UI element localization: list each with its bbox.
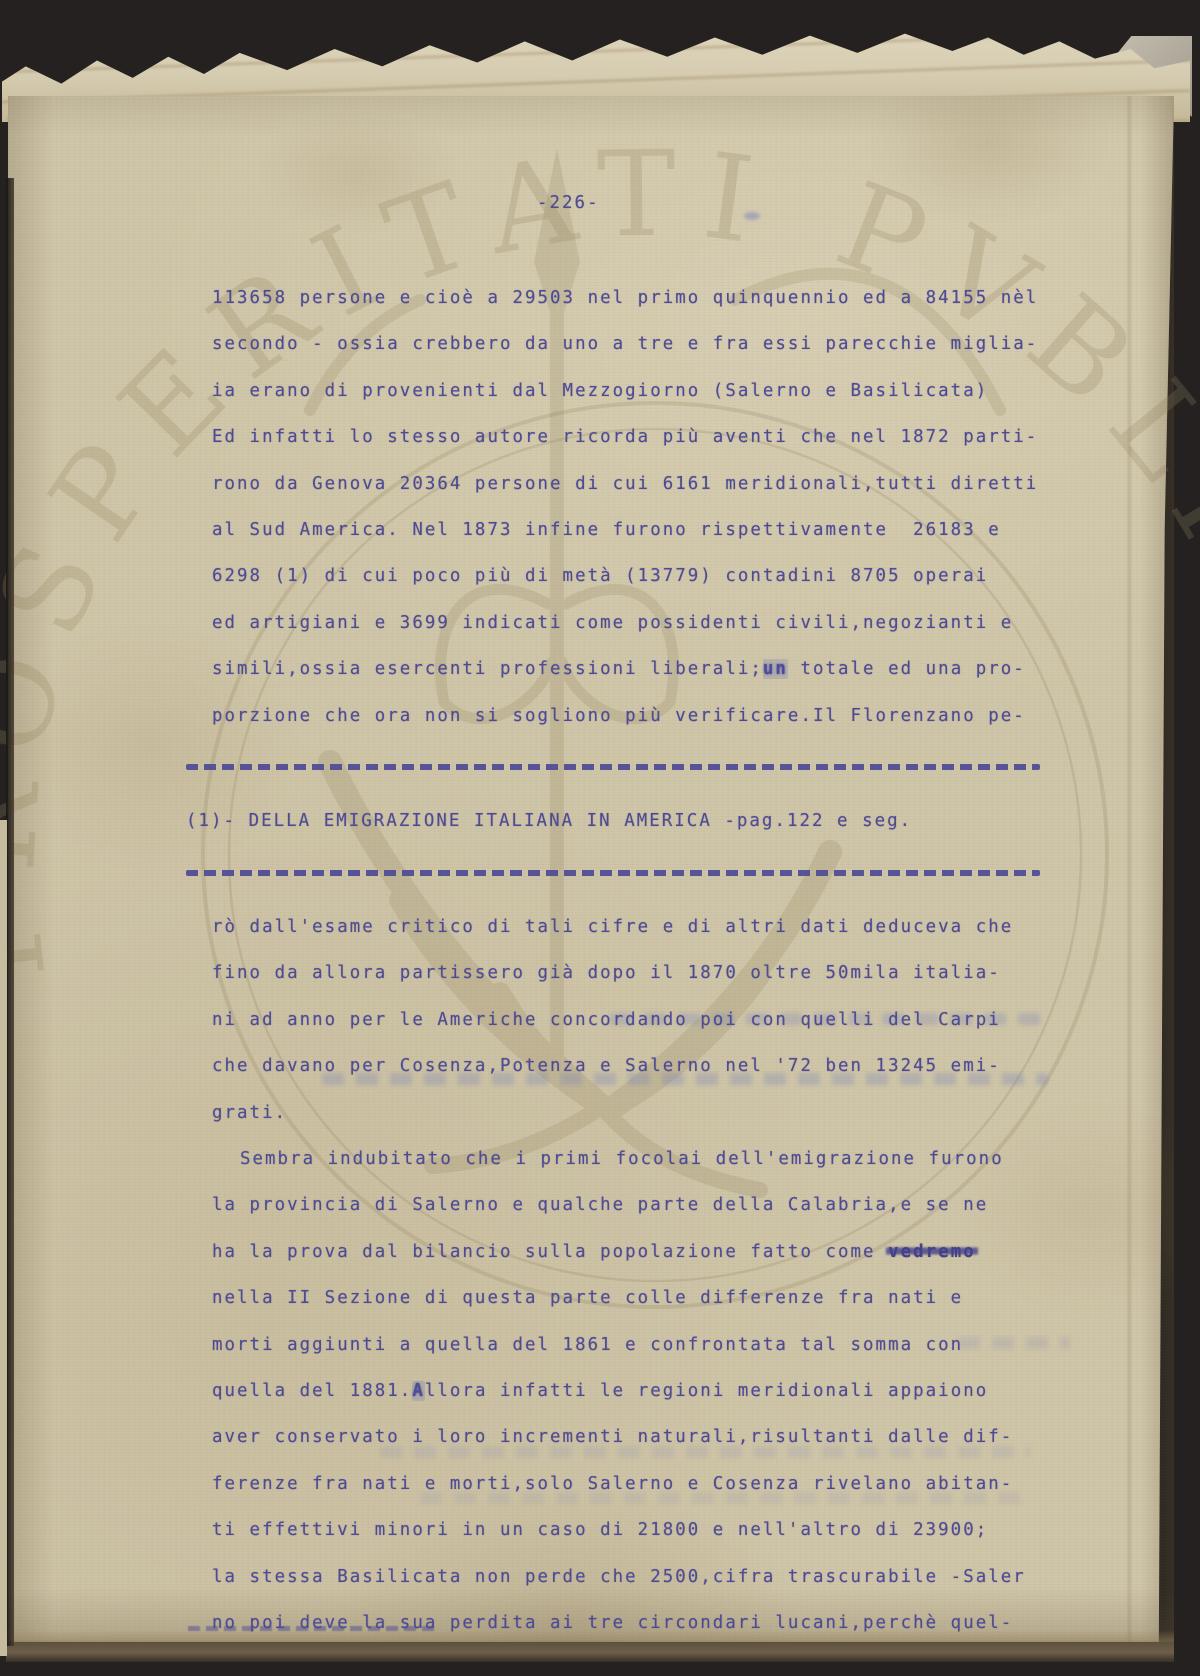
typed-line: Sembra indubitato che i primi focolai de…: [186, 1148, 1066, 1194]
typed-text: secondo - ossia crebbero da uno a tre e …: [212, 334, 1038, 354]
typed-line: la stessa Basilicata non perde che 2500,…: [186, 1566, 1066, 1612]
typed-text: ia erano di provenienti dal Mezzogiorno …: [212, 381, 988, 401]
typed-text: ed artigiani e 3699 indicati come possid…: [212, 613, 1013, 633]
typed-text: ha la prova dal bilancio sulla popolazio…: [212, 1242, 888, 1262]
typed-line: al Sud America. Nel 1873 infine furono r…: [186, 519, 1066, 565]
typed-line: la provincia di Salerno e qualche parte …: [186, 1194, 1066, 1240]
typed-text: 6298 (1) di cui poco più di metà (13779)…: [212, 566, 988, 586]
typed-text: 113658 persone e cioè a 29503 nel primo …: [212, 288, 1038, 308]
bottom-page-edge: [6, 1630, 1174, 1662]
typed-line: ia erano di provenienti dal Mezzogiorno …: [186, 380, 1066, 426]
typed-line: 6298 (1) di cui poco più di metà (13779)…: [186, 565, 1066, 611]
typed-text: (1)- DELLA EMIGRAZIONE ITALIANA IN AMERI…: [186, 811, 912, 831]
typed-text: Sembra indubitato che i primi focolai de…: [240, 1149, 1004, 1169]
typed-line: ti effettivi minori in un caso di 21800 …: [186, 1519, 1066, 1565]
typed-text: al Sud America. Nel 1873 infine furono r…: [212, 520, 1001, 540]
typed-text: aver conservato i loro incrementi natura…: [212, 1427, 1013, 1447]
typed-text: simili,ossia esercenti professioni liber…: [212, 659, 763, 679]
typed-line: morti aggiunti a quella del 1861 e confr…: [186, 1334, 1066, 1380]
typed-text: Ed infatti lo stesso autore ricorda più …: [212, 427, 1038, 447]
typed-line: ha la prova dal bilancio sulla popolazio…: [186, 1241, 1066, 1287]
typed-text: la provincia di Salerno e qualche parte …: [212, 1195, 988, 1215]
typed-text: quella del 1881.: [212, 1381, 412, 1401]
typed-line: porzione che ora non si sogliono più ver…: [186, 705, 1066, 751]
typed-line: ed artigiani e 3699 indicati come possid…: [186, 612, 1066, 658]
footnote-line: (1)- DELLA EMIGRAZIONE ITALIANA IN AMERI…: [186, 810, 1066, 856]
typed-text: porzione che ora non si sogliono più ver…: [212, 706, 1026, 726]
typed-text: totale ed una pro-: [788, 659, 1026, 679]
typed-dashed-rule: [186, 764, 1040, 770]
typed-text: ferenze fra nati e morti,solo Salerno e …: [212, 1474, 1013, 1494]
typed-text: che davano per Cosenza,Potenza e Salerno…: [212, 1056, 1001, 1076]
typed-text: fino da allora partissero già dopo il 18…: [212, 963, 1001, 983]
page-scan: PROSPERITATI PVBLICAE -226- 113658 perso…: [0, 0, 1200, 1676]
typed-line: rò dall'esame critico di tali cifre e di…: [186, 916, 1066, 962]
typed-text: ni ad anno per le Americhe concordando p…: [212, 1010, 1001, 1030]
typed-text: llora infatti le regioni meridionali app…: [425, 1381, 988, 1401]
typed-text: nella II Sezione di questa parte colle d…: [212, 1288, 963, 1308]
typed-text: rò dall'esame critico di tali cifre e di…: [212, 917, 1013, 937]
typed-line: Ed infatti lo stesso autore ricorda più …: [186, 426, 1066, 472]
page-number: -226-: [537, 193, 600, 213]
typed-line: che davano per Cosenza,Potenza e Salerno…: [186, 1055, 1066, 1101]
separator-line: [186, 764, 1066, 810]
typed-text: grati.: [212, 1103, 287, 1123]
struck-word: vedremo: [888, 1242, 976, 1262]
typed-line: ni ad anno per le Americhe concordando p…: [186, 1009, 1066, 1055]
separator-line: [186, 870, 1066, 916]
ink-smudge: [744, 212, 760, 220]
typed-line: secondo - ossia crebbero da uno a tre e …: [186, 333, 1066, 379]
typed-line: nella II Sezione di questa parte colle d…: [186, 1287, 1066, 1333]
typed-text: la stessa Basilicata non perde che 2500,…: [212, 1567, 1026, 1587]
overstruck-text: A: [412, 1381, 425, 1401]
book-gutter: [6, 178, 14, 1646]
typed-text: morti aggiunti a quella del 1861 e confr…: [212, 1335, 963, 1355]
typed-text: ti effettivi minori in un caso di 21800 …: [212, 1520, 988, 1540]
typed-text: rono da Genova 20364 persone di cui 6161…: [212, 474, 1038, 494]
typed-line: grati.: [186, 1102, 1066, 1148]
typed-line: rono da Genova 20364 persone di cui 6161…: [186, 473, 1066, 519]
typed-line: fino da allora partissero già dopo il 18…: [186, 962, 1066, 1008]
typed-line: ferenze fra nati e morti,solo Salerno e …: [186, 1473, 1066, 1519]
typed-dashed-rule: [186, 870, 1040, 876]
typed-line: 113658 persone e cioè a 29503 nel primo …: [186, 287, 1066, 333]
underlying-page-edge: [0, 820, 7, 1656]
typed-line: aver conservato i loro incrementi natura…: [186, 1426, 1066, 1472]
typed-line: quella del 1881.Allora infatti le region…: [186, 1380, 1066, 1426]
overstruck-text: un: [763, 659, 788, 679]
typed-body: 113658 persone e cioè a 29503 nel primo …: [186, 287, 1066, 1658]
typed-line: simili,ossia esercenti professioni liber…: [186, 658, 1066, 704]
